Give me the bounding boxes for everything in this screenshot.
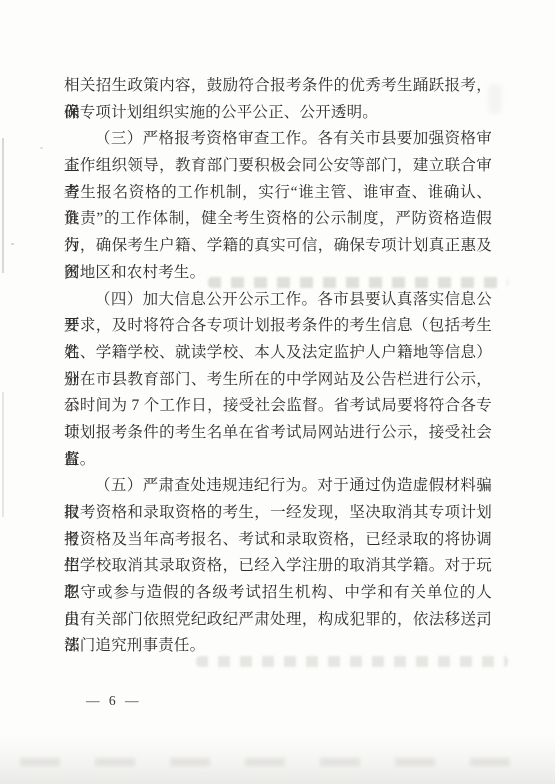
text-line: 示时间为 7 个工作日，接受社会监督。省考试局要将符合各专项: [64, 393, 492, 420]
scan-speck: [11, 243, 14, 245]
text-line: （四）加大信息公开公示工作。各市县要认真落实信息公开: [64, 287, 492, 314]
text-line: 相关招生政策内容，鼓励符合报考条件的优秀考生踊跃报考，确: [64, 73, 492, 100]
text-line: 考生报名资格的工作机制，实行“谁主管、谁审查、谁确认、谁: [64, 180, 492, 207]
text-line: （三）严格报考资格审查工作。各有关市县要加强资格审查: [64, 126, 492, 153]
text-line: 困地区和农村考生。: [64, 260, 492, 287]
text-line: 工作组织领导，教育部门要积极会同公安等部门，建立联合审查: [64, 153, 492, 180]
text-line: 要求，及时将符合各专项计划报考条件的考生信息（包括考生姓: [64, 313, 492, 340]
text-line: 由有关部门依照党纪政纪严肃处理，构成犯罪的，依法移送司法: [64, 607, 492, 634]
text-line: 报考资格和录取资格的考生，一经发现，坚决取消其专项计划报: [64, 500, 492, 527]
text-line: 督。: [64, 447, 492, 474]
text-line: 部门追究刑事责任。: [64, 633, 492, 660]
scan-shadow-streak: [20, 758, 540, 766]
text-line: 生学校取消其录取资格，已经入学注册的取消其学籍。对于玩忽: [64, 553, 492, 580]
scan-edge-artifact: [2, 392, 4, 517]
text-line: 考资格及当年高考报名、考试和录取资格，已经录取的将协调招: [64, 527, 492, 554]
scan-speck: [40, 147, 43, 149]
document-body: 相关招生政策内容，鼓励符合报考条件的优秀考生踊跃报考，确 保专项计划组织实施的公…: [64, 73, 492, 660]
text-line: 名、学籍学校、就读学校、本人及法定监护人户籍地等信息）分: [64, 340, 492, 367]
document-page: 相关招生政策内容，鼓励符合报考条件的优秀考生踊跃报考，确 保专项计划组织实施的公…: [0, 0, 555, 784]
text-line: 别在市县教育部门、考生所在的中学网站及公告栏进行公示，公: [64, 367, 492, 394]
text-line: （五）严肃查处违规违纪行为。对于通过伪造虚假材料骗取: [64, 473, 492, 500]
text-line: 保专项计划组织实施的公平公正、公开透明。: [64, 100, 492, 127]
text-line: 计划报考条件的考生名单在省考试局网站进行公示，接受社会监: [64, 420, 492, 447]
page-number: — 6 —: [86, 693, 142, 709]
text-line: 为，确保考生户籍、学籍的真实可信，确保专项计划真正惠及贫: [64, 233, 492, 260]
scan-edge-artifact: [2, 138, 4, 273]
text-line: 负责”的工作体制，健全考生资格的公示制度，严防资格造假行: [64, 206, 492, 233]
text-line: 职守或参与造假的各级考试招生机构、中学和有关单位的人员，: [64, 580, 492, 607]
